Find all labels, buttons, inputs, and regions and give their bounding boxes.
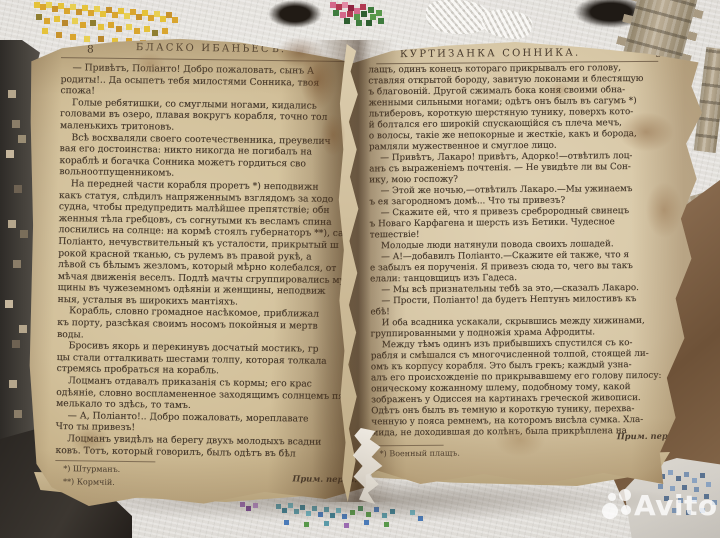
cross-stitch-pixels xyxy=(34,2,40,8)
left-header-rule xyxy=(61,57,351,62)
left-footnote-rule xyxy=(55,460,155,462)
logo-circle xyxy=(619,489,631,501)
crochet-lace-top xyxy=(426,0,490,34)
right-page-text: лащъ, одинъ конецъ котораго прикрывалъ е… xyxy=(368,63,681,440)
left-page-content: 8 БЛАСКО ИБАНЬЕСЪ. — Привѣтъ, Поліанто! … xyxy=(28,38,366,506)
right-page: 9 КУРТИЗАНКА СОННИКА. лащъ, одинъ конецъ… xyxy=(350,42,702,484)
left-page-text: — Привѣтъ, Поліанто! Добро пожаловать, с… xyxy=(55,62,362,460)
avito-wordmark: Avito xyxy=(634,486,718,526)
avito-logo-icon xyxy=(598,488,634,522)
logo-circle xyxy=(602,503,618,519)
right-footnote-attribution: Прим. перев. xyxy=(371,431,681,444)
shadow-blob xyxy=(268,0,322,28)
right-footnote-1: *) Военный плащъ. xyxy=(380,449,460,459)
tattered-paper-edge xyxy=(8,90,16,98)
cross-stitch-pixels xyxy=(330,2,336,8)
left-page: 8 БЛАСКО ИБАНЬЕСЪ. — Привѣтъ, Поліанто! … xyxy=(28,38,366,506)
photo-canvas: 8 БЛАСКО ИБАНЬЕСЪ. — Привѣтъ, Поліанто! … xyxy=(0,0,720,538)
logo-circle xyxy=(621,505,631,515)
right-footnote-rule xyxy=(372,445,444,447)
avito-watermark: Avito xyxy=(598,486,720,534)
right-page-content: 9 КУРТИЗАНКА СОННИКА. лащъ, одинъ конецъ… xyxy=(350,42,702,484)
logo-circle xyxy=(608,493,616,501)
